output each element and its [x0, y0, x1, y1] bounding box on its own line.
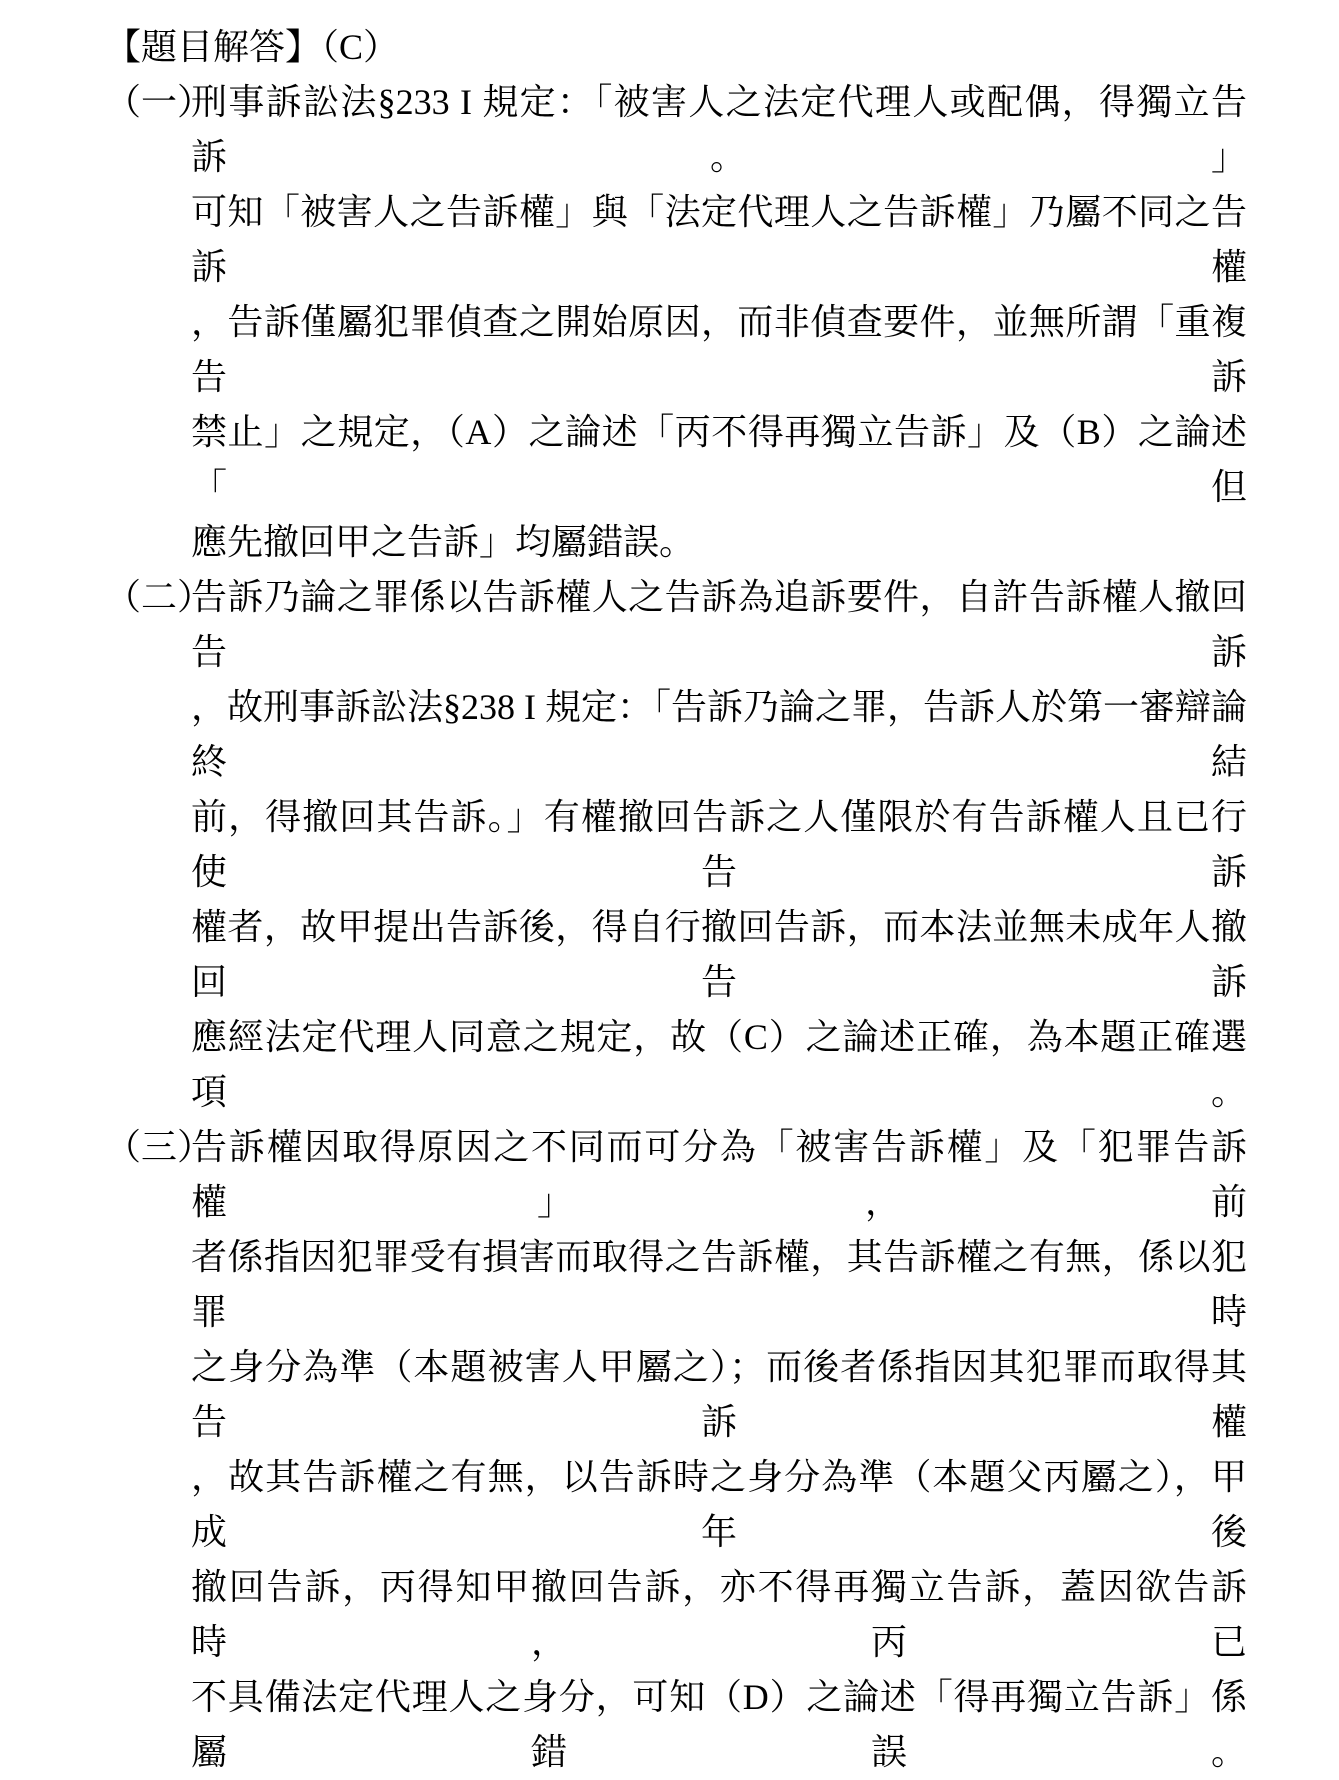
document-page: 【題目解答】（C） （一） 刑事訴訟法§233 I 規定：「被害人之法定代理人或… — [105, 20, 1247, 984]
text-line: ，告訴僅屬犯罪偵查之開始原因，而非偵查要件，並無所謂「重複告訴 — [191, 295, 1247, 405]
text-line: 應先撤回甲之告訴」均屬錯誤。 — [191, 515, 1247, 570]
text-line: 刑事訴訟法§233 I 規定：「被害人之法定代理人或配偶，得獨立告訴。」 — [191, 75, 1247, 185]
section-one: （一） 刑事訴訟法§233 I 規定：「被害人之法定代理人或配偶，得獨立告訴。」… — [105, 75, 1247, 570]
text-line: 禁止」之規定，（A）之論述「丙不得再獨立告訴」及（B）之論述「但 — [191, 405, 1247, 515]
text-line: ，故刑事訴訟法§238 I 規定：「告訴乃論之罪，告訴人於第一審辯論終結 — [191, 680, 1247, 790]
section-one-label: （一） — [105, 75, 213, 130]
section-two-label: （二） — [105, 570, 213, 625]
section-two: （二） 告訴乃論之罪係以告訴權人之告訴為追訴要件，自許告訴權人撤回告訴 ，故刑事… — [105, 570, 1247, 984]
text-line: 權者，故甲提出告訴後，得自行撤回告訴，而本法並無未成年人撤回告訴 — [191, 900, 1247, 984]
text-line: 可知「被害人之告訴權」與「法定代理人之告訴權」乃屬不同之告訴權 — [191, 185, 1247, 295]
text-line: 告訴乃論之罪係以告訴權人之告訴為追訴要件，自許告訴權人撤回告訴 — [191, 570, 1247, 680]
answer-title: 【題目解答】（C） — [105, 20, 1247, 75]
text-line: 前，得撤回其告訴。」有權撤回告訴之人僅限於有告訴權人且已行使告訴 — [191, 790, 1247, 900]
